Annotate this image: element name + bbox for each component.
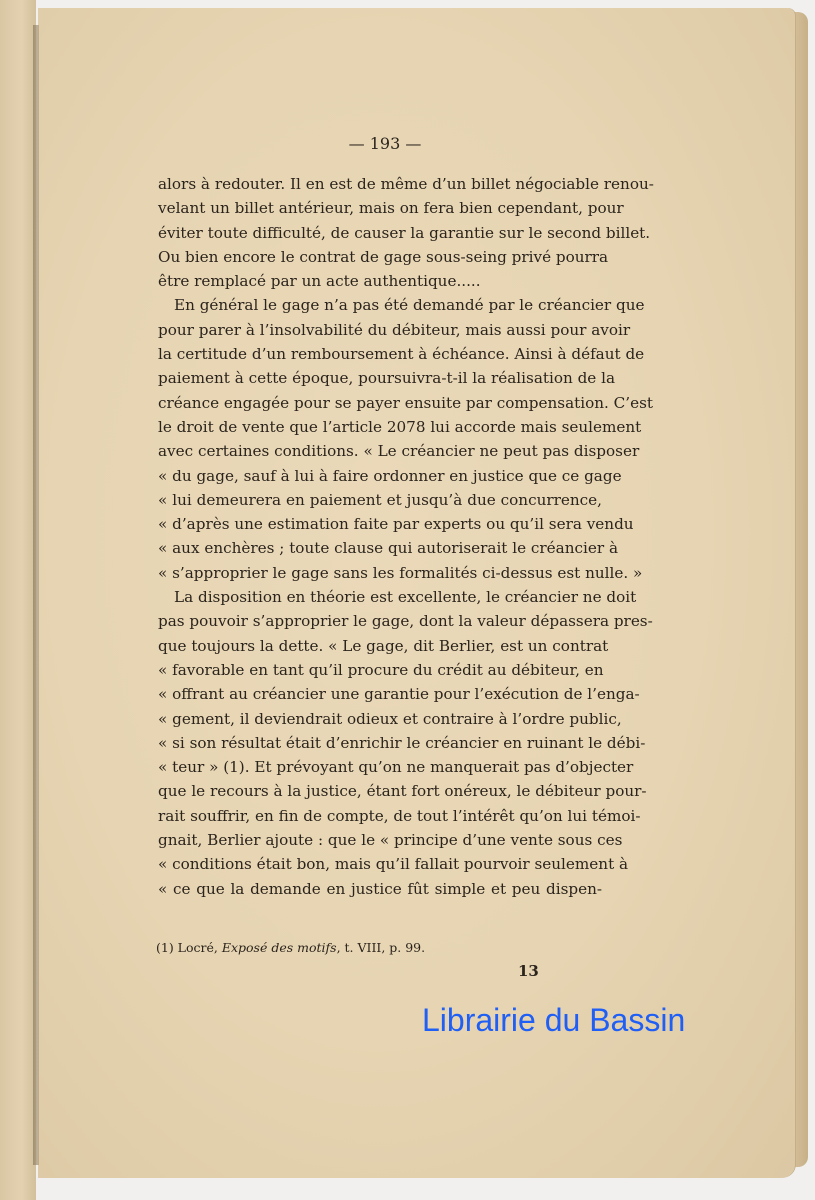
text-line: En général le gage n’a pas été demandé p… <box>158 293 602 317</box>
body-text: alors à redouter. Il en est de même d’un… <box>158 172 602 901</box>
text-line: pas pouvoir s’approprier le gage, dont l… <box>158 609 602 633</box>
text-line: « d’après une estimation faite par exper… <box>158 512 602 536</box>
text-line: La disposition en théorie est excellente… <box>158 585 602 609</box>
binding-gutter <box>33 25 39 1165</box>
text-line: « si son résultat était d’enrichir le cr… <box>158 731 602 755</box>
text-line: « du gage, sauf à lui à faire ordonner e… <box>158 464 602 488</box>
text-line: « teur » (1). Et prévoyant qu’on ne manq… <box>158 755 602 779</box>
page-number: — 193 — <box>340 134 430 153</box>
text-line: « aux enchères ; toute clause qui autori… <box>158 536 602 560</box>
footnote-reference: , t. VIII, p. 99. <box>337 940 426 955</box>
text-line: être remplacé par un acte authentique...… <box>158 269 602 293</box>
text-line: que le recours à la justice, étant fort … <box>158 779 602 803</box>
text-line: « gement, il deviendrait odieux et contr… <box>158 707 602 731</box>
watermark: Librairie du Bassin <box>422 1002 685 1039</box>
text-line: « ce que la demande en justice fût simpl… <box>158 877 602 901</box>
footnote: (1) Locré, Exposé des motifs, t. VIII, p… <box>156 940 425 955</box>
text-line: « offrant au créancier une garantie pour… <box>158 682 602 706</box>
text-line: « lui demeurera en paiement et jusqu’à d… <box>158 488 602 512</box>
text-line: paiement à cette époque, poursuivra-t-il… <box>158 366 602 390</box>
text-line: Ou bien encore le contrat de gage sous-s… <box>158 245 602 269</box>
text-line: avec certaines conditions. « Le créancie… <box>158 439 602 463</box>
text-line: la certitude d’un remboursement à échéan… <box>158 342 602 366</box>
text-line: créance engagée pour se payer ensuite pa… <box>158 391 602 415</box>
text-line: « s’approprier le gage sans les formalit… <box>158 561 602 585</box>
text-line: rait souffrir, en fin de compte, de tout… <box>158 804 602 828</box>
text-line: le droit de vente que l’article 2078 lui… <box>158 415 602 439</box>
text-line: « favorable en tant qu’il procure du cré… <box>158 658 602 682</box>
text-line: velant un billet antérieur, mais on fera… <box>158 196 602 220</box>
text-line: pour parer à l’insolvabilité du débiteur… <box>158 318 602 342</box>
text-line: alors à redouter. Il en est de même d’un… <box>158 172 602 196</box>
text-line: que toujours la dette. « Le gage, dit Be… <box>158 634 602 658</box>
footnote-title: Exposé des motifs <box>222 940 337 955</box>
text-line: éviter toute difficulté, de causer la ga… <box>158 221 602 245</box>
footnote-marker: (1) Locré, <box>156 940 218 955</box>
text-line: « conditions était bon, mais qu’il falla… <box>158 852 602 876</box>
left-page-edge <box>0 0 36 1200</box>
text-line: gnait, Berlier ajoute : que le « princip… <box>158 828 602 852</box>
signature-mark: 13 <box>518 962 539 980</box>
